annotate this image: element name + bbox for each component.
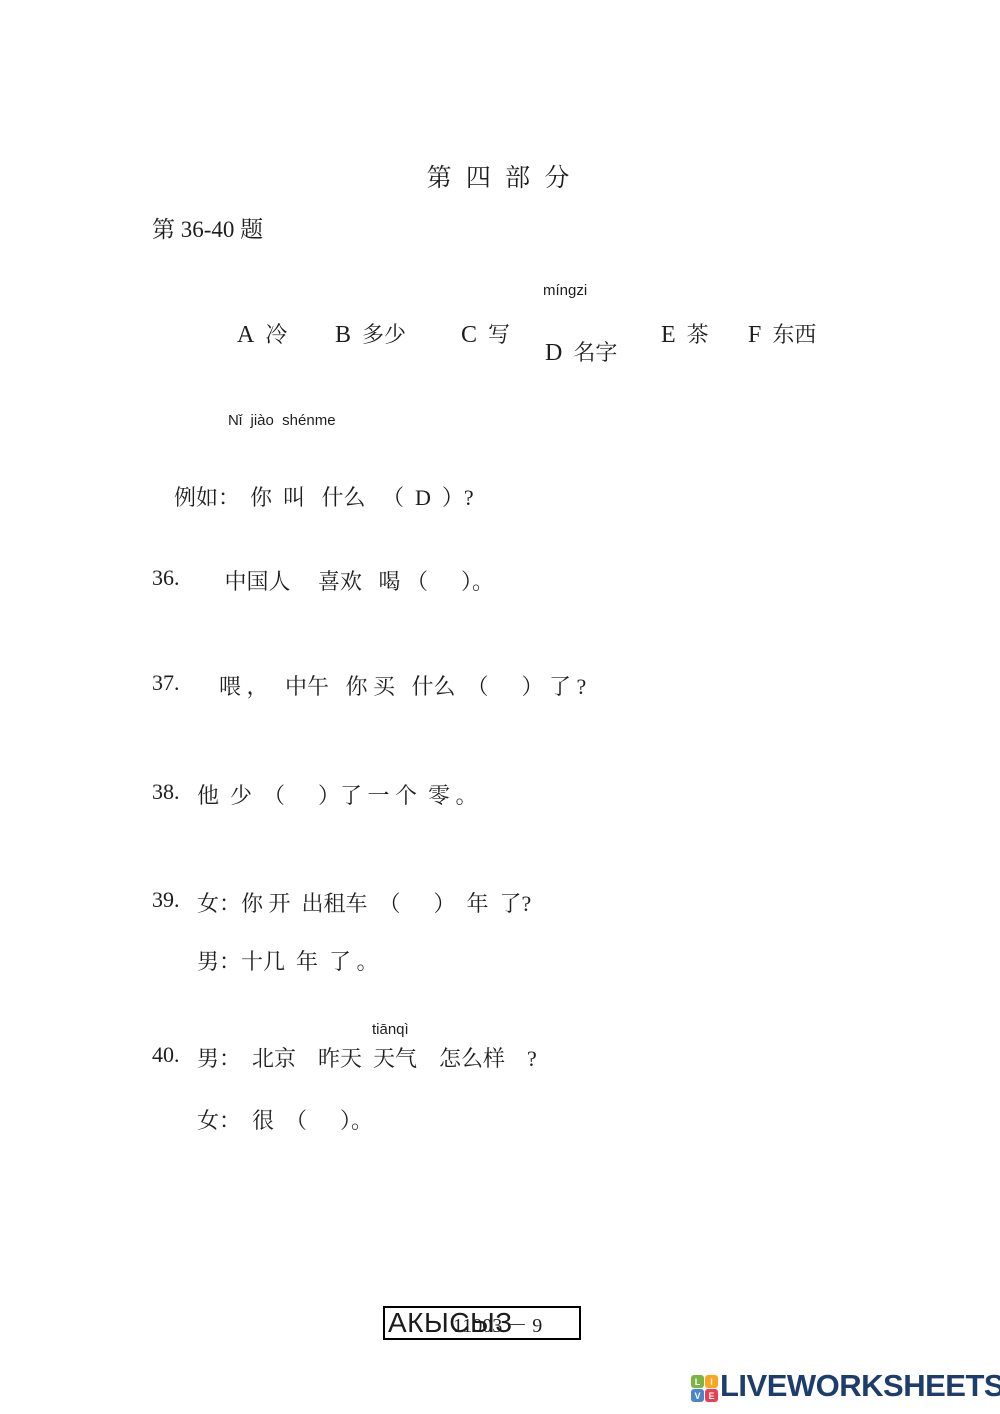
option-word-a: 冷 — [265, 322, 287, 347]
pinyin-mingzi: míngzi — [543, 282, 587, 299]
logo-tile-l: L — [691, 1375, 704, 1388]
logo-tile-e: E — [705, 1389, 718, 1402]
liveworksheets-wordmark: LIVEWORKSHEETS — [720, 1368, 1000, 1404]
pinyin-ni-jiao-shenme: Nǐ jiào shénme — [228, 412, 336, 429]
page-title: 第 四 部 分 — [0, 158, 1000, 194]
question-36-text: 中国人 喜欢 喝 （ ）。 — [197, 565, 494, 596]
option-word-b: 多少 — [362, 322, 406, 347]
liveworksheets-icon: L I V E — [691, 1375, 718, 1402]
question-39-line1: 女：你 开 出租车 （ ） 年 了? — [197, 887, 531, 918]
logo-tile-i: I — [705, 1375, 718, 1388]
worksheet-page: 第 四 部 分 第 36-40 题 A冷 B多少 C写 míngzi D名字 E… — [0, 0, 1000, 1414]
question-40-number: 40. — [152, 1042, 197, 1073]
paper-code-box: АКЫСЫЗ 11003 － 9 — [383, 1306, 581, 1340]
example-text: 你 叫 什么 （ D ）? — [250, 485, 474, 510]
question-39-line2: 男：十几 年 了 。 — [197, 945, 379, 976]
option-letter-a: A — [237, 322, 254, 348]
example-label: 例如： — [174, 485, 240, 510]
section-heading: 第 36-40 题 — [152, 211, 263, 244]
option-letter-e: E — [661, 322, 676, 348]
question-40-line1: 男： 北京 昨天 天气 怎么样 ? — [197, 1042, 537, 1073]
logo-tile-v: V — [691, 1389, 704, 1402]
word-bank-item-b: B多少 — [311, 300, 406, 367]
option-word-f: 东西 — [772, 322, 816, 347]
question-37-text: 喂 ， 中午 你 买 什么 （ ） 了 ? — [197, 670, 586, 701]
option-letter-f: F — [748, 322, 761, 348]
question-40-line2: 女： 很 （ ）。 — [197, 1104, 373, 1135]
option-letter-d: D — [545, 340, 562, 366]
question-39: 39.女：你 开 出租车 （ ） 年 了? — [152, 887, 531, 918]
option-word-e: 茶 — [687, 322, 709, 347]
question-36-number: 36. — [152, 565, 197, 596]
question-38: 38.他 少 （ ）了 一 个 零 。 — [152, 779, 478, 810]
word-bank-item-e: E茶 — [637, 300, 709, 367]
question-40: tiānqì 40.男： 北京 昨天 天气 怎么样 ? — [152, 1042, 537, 1073]
option-letter-c: C — [461, 322, 477, 348]
word-bank-item-d: míngzi D名字 — [521, 300, 617, 385]
word-bank-item-c: C写 — [437, 300, 510, 367]
liveworksheets-logo[interactable]: L I V E LIVEWORKSHEETS — [691, 1368, 1000, 1404]
question-39-number: 39. — [152, 887, 197, 918]
watermark-text: АКЫСЫЗ — [388, 1307, 513, 1339]
word-bank-item-f: F东西 — [724, 300, 816, 367]
question-36: 36. 中国人 喜欢 喝 （ ）。 — [152, 565, 494, 596]
question-37-number: 37. — [152, 670, 197, 701]
option-word-c: 写 — [488, 322, 510, 347]
question-37: 37. 喂 ， 中午 你 买 什么 （ ） 了 ? — [152, 670, 586, 701]
question-38-number: 38. — [152, 779, 197, 810]
question-38-text: 他 少 （ ）了 一 个 零 。 — [197, 779, 478, 810]
option-word-d: 名字 — [573, 340, 617, 365]
word-bank-item-a: A冷 — [213, 300, 287, 367]
pinyin-tianqi: tiānqì — [372, 1021, 409, 1038]
example-line: Nǐ jiào shénme 例如：你 叫 什么 （ D ）? — [152, 429, 474, 538]
option-letter-b: B — [335, 322, 351, 348]
